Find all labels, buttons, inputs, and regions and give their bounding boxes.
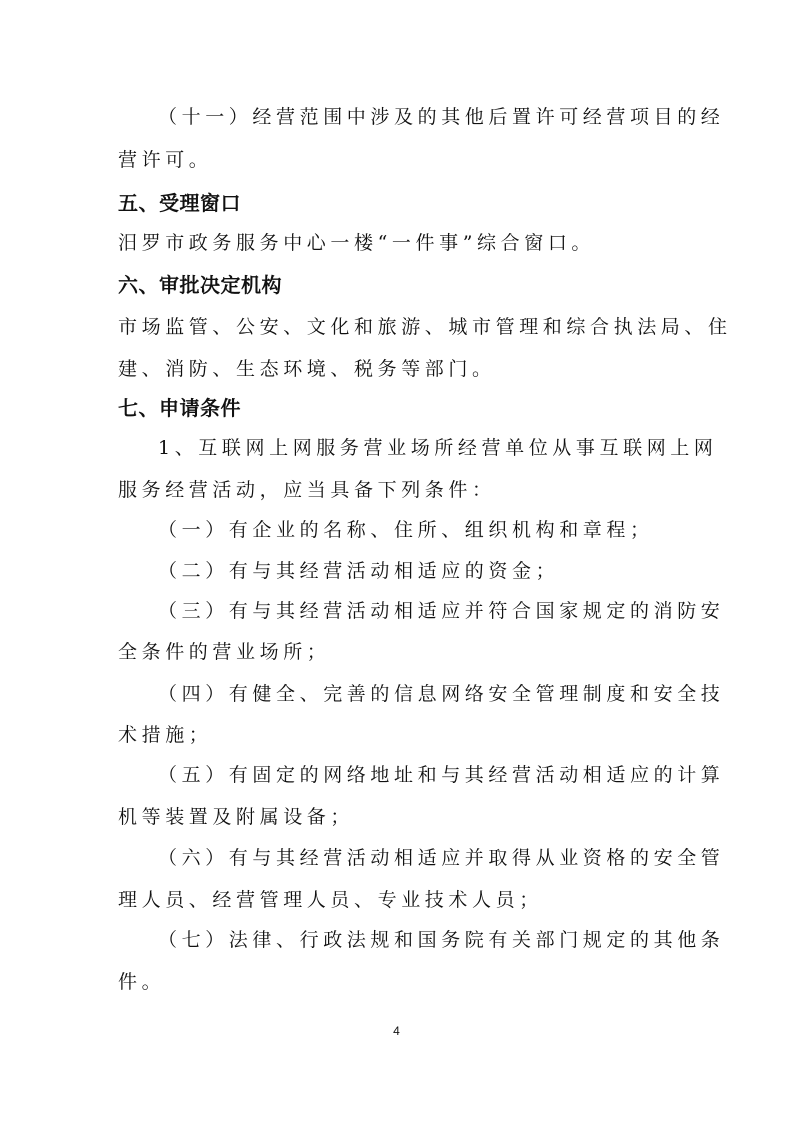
list-item: （二）有与其经营活动相适应的资金；: [158, 559, 678, 583]
section-heading-authority: 六、审批决定机构: [118, 273, 678, 297]
section-heading-conditions: 七、申请条件: [118, 396, 678, 420]
paragraph-line: 营许可。: [118, 148, 678, 172]
section-heading-window: 五、受理窗口: [118, 191, 678, 215]
list-item: （五）有固定的网络地址和与其经营活动相适应的计算: [158, 763, 678, 787]
list-item: （四）有健全、完善的信息网络安全管理制度和安全技: [158, 682, 678, 706]
list-item: （六）有与其经营活动相适应并取得从业资格的安全管: [158, 846, 678, 870]
list-item-continuation: 理人员、经营管理人员、专业技术人员；: [118, 888, 678, 912]
paragraph-line: （十一）经营范围中涉及的其他后置许可经营项目的经: [158, 105, 678, 129]
list-item: （三）有与其经营活动相适应并符合国家规定的消防安: [158, 599, 678, 623]
list-item-continuation: 件。: [118, 970, 678, 994]
list-item-continuation: 全条件的营业场所；: [118, 640, 678, 664]
page-number: 4: [0, 1024, 793, 1038]
list-item-continuation: 机等装置及附属设备；: [118, 805, 678, 829]
paragraph-line: 1、互联网上网服务营业场所经营单位从事互联网上网: [158, 436, 678, 460]
list-item-continuation: 术措施；: [118, 723, 678, 747]
list-item: （七）法律、行政法规和国务院有关部门规定的其他条: [158, 928, 678, 952]
paragraph-line: 汨罗市政务服务中心一楼“一件事”综合窗口。: [118, 231, 678, 255]
list-item: （一）有企业的名称、住所、组织机构和章程；: [158, 518, 678, 542]
paragraph-line: 市场监管、公安、文化和旅游、城市管理和综合执法局、住: [118, 315, 678, 339]
paragraph-line: 服务经营活动，应当具备下列条件：: [118, 478, 678, 502]
paragraph-line: 建、消防、生态环境、税务等部门。: [118, 357, 678, 381]
